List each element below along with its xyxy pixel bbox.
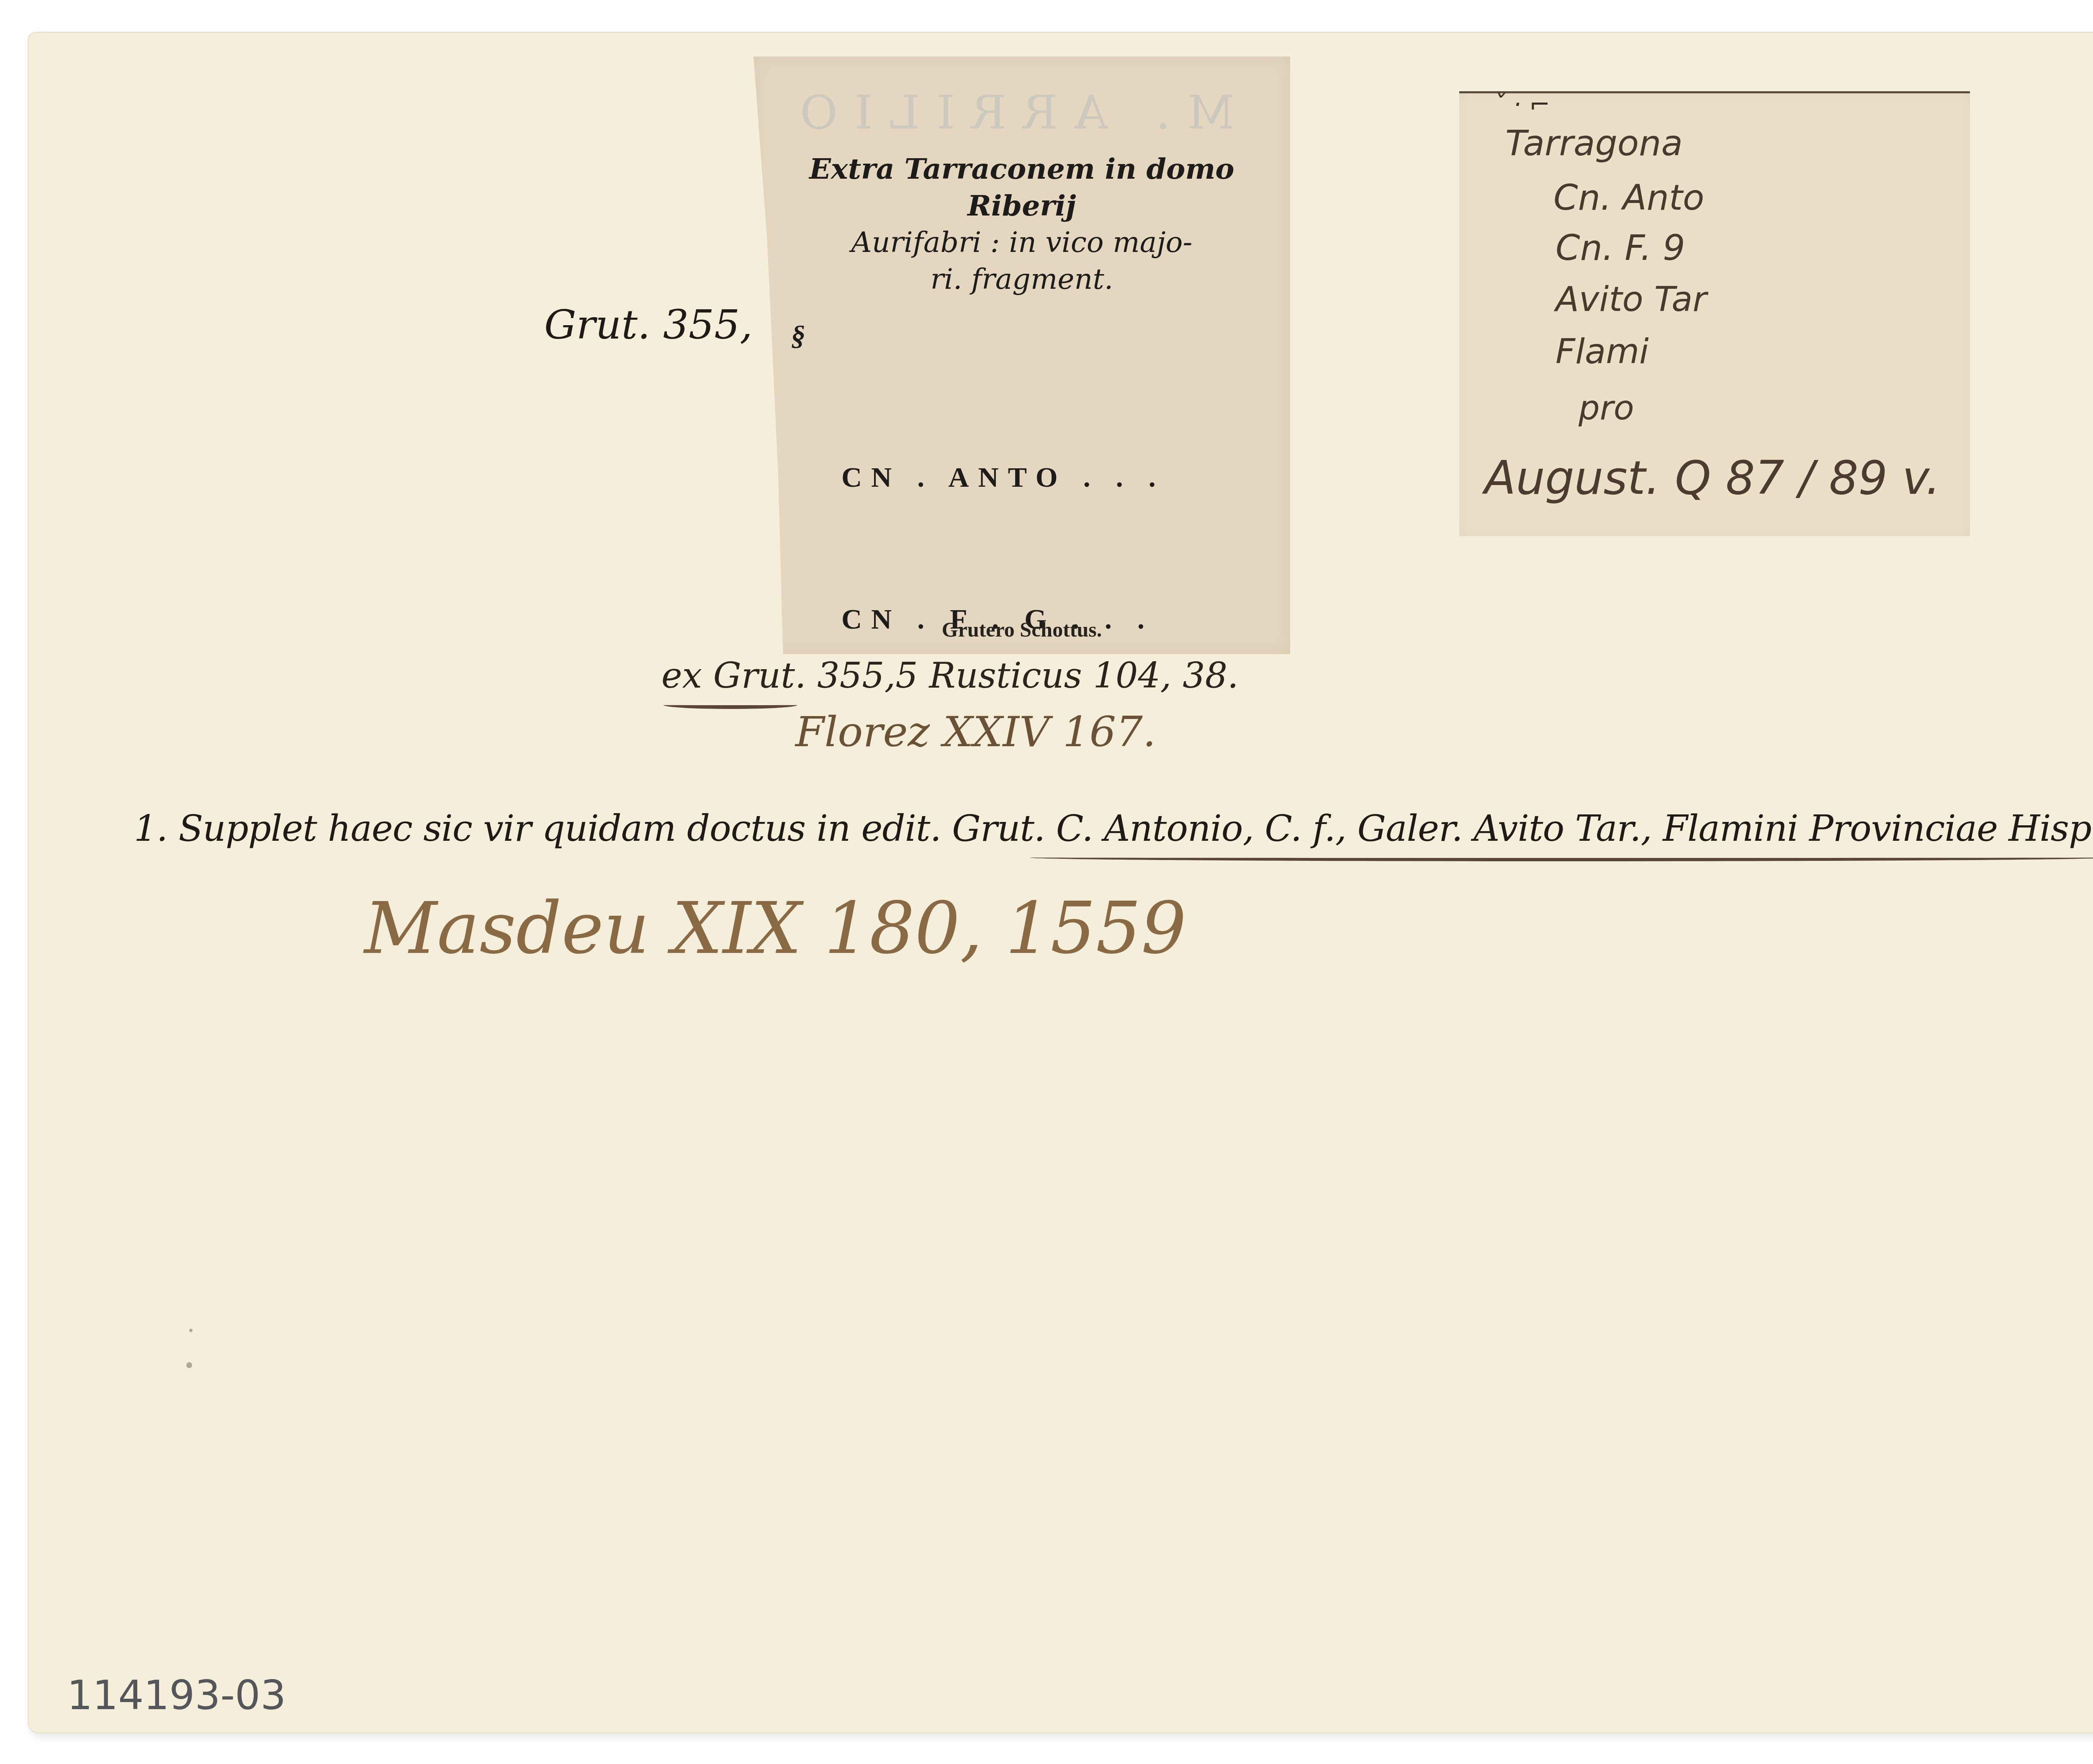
reference-august: August. Q 87 / 89 v. (1484, 451, 1940, 505)
hand-line: Flami (1556, 332, 1649, 372)
cut-off-fragment: ˇ · ⌐ (1493, 90, 1550, 119)
footnote-underline (1030, 854, 2093, 861)
paper-speck (189, 1329, 193, 1332)
inscription-line: CN . ANTO . . . (791, 454, 1273, 501)
source-underline (663, 701, 797, 709)
heading-line-2: Aurifabri : in vico majo- (753, 224, 1290, 261)
catalog-number: 114193-03 (67, 1672, 286, 1719)
place-name: Tarragona (1505, 123, 1683, 164)
heading-line-3: ri. fragment. (753, 261, 1290, 298)
margin-reference: Grut. 355, (544, 301, 753, 348)
hand-line: Cn. Anto (1553, 177, 1704, 218)
source-line: ex Grut. 355,5 Rusticus 104, 38. (661, 655, 1239, 696)
clipping-credit: Grutero Schottus. (753, 617, 1290, 642)
handwritten-clipping: ˇ · ⌐ Tarragona Cn. Anto Cn. F. 9 Avito … (1459, 91, 1970, 536)
clipping-heading: Extra Tarraconem in domo Riberij Aurifab… (753, 151, 1290, 298)
bleed-through-text: M. ARRILIO (779, 86, 1239, 139)
footnote: 1. Supplet haec sic vir quidam doctus in… (134, 808, 2093, 850)
florez-reference: Florez XXIV 167. (795, 707, 1156, 756)
printed-clipping: M. ARRILIO Extra Tarraconem in domo Ribe… (753, 56, 1290, 654)
hand-line: Avito Tar (1556, 280, 1707, 319)
paper-speck (186, 1362, 192, 1368)
hand-line: pro (1579, 388, 1634, 427)
hand-line: Cn. F. 9 (1556, 227, 1685, 268)
heading-line-1: Extra Tarraconem in domo Riberij (753, 151, 1290, 224)
masdeu-reference: Masdeu XIX 180, 1559 (364, 887, 1186, 970)
section-mark: § (791, 312, 805, 359)
